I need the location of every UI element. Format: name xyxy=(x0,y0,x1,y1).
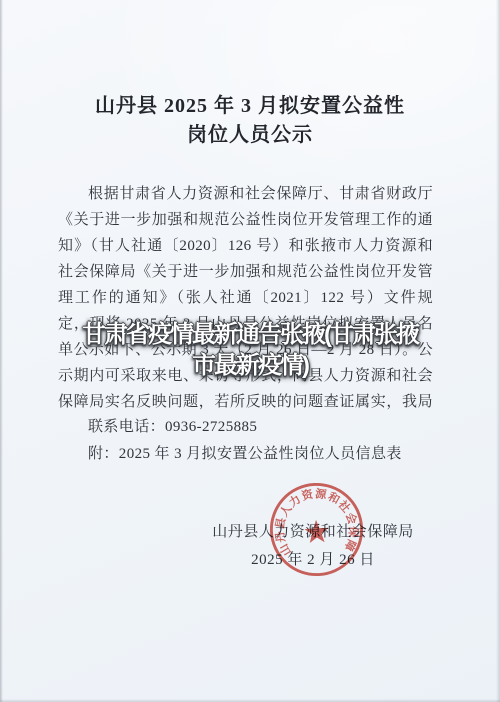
scanned-notice-page: 山丹县 2025 年 3 月拟安置公益性 岗位人员公示 根据甘肃省人力资源和社会… xyxy=(0,0,500,702)
title-line-2: 岗位人员公示 xyxy=(0,121,500,150)
seal-ring-text: 山丹县人力资源和社会保障局 xyxy=(266,479,363,560)
seal-ring-text-holder: 山丹县人力资源和社会保障局 xyxy=(266,479,363,560)
page-title: 山丹县 2025 年 3 月拟安置公益性 岗位人员公示 xyxy=(0,92,500,150)
watermark-line-1: 甘肃省疫情最新通告张掖(甘肃张掖 xyxy=(0,319,500,350)
attachment-line: 附：2025 年 3 月拟安置公益性岗位人员信息表 xyxy=(58,441,433,467)
official-seal: 山丹县人力资源和社会保障局 xyxy=(266,479,368,581)
red-star-icon xyxy=(304,519,329,543)
watermark-headline: 甘肃省疫情最新通告张掖(甘肃张掖 市最新疫情) xyxy=(0,319,500,381)
contact-phone-line: 联系电话：0936-2725885 xyxy=(58,414,433,440)
watermark-line-2: 市最新疫情) xyxy=(0,350,500,381)
title-line-1: 山丹县 2025 年 3 月拟安置公益性 xyxy=(0,92,500,121)
